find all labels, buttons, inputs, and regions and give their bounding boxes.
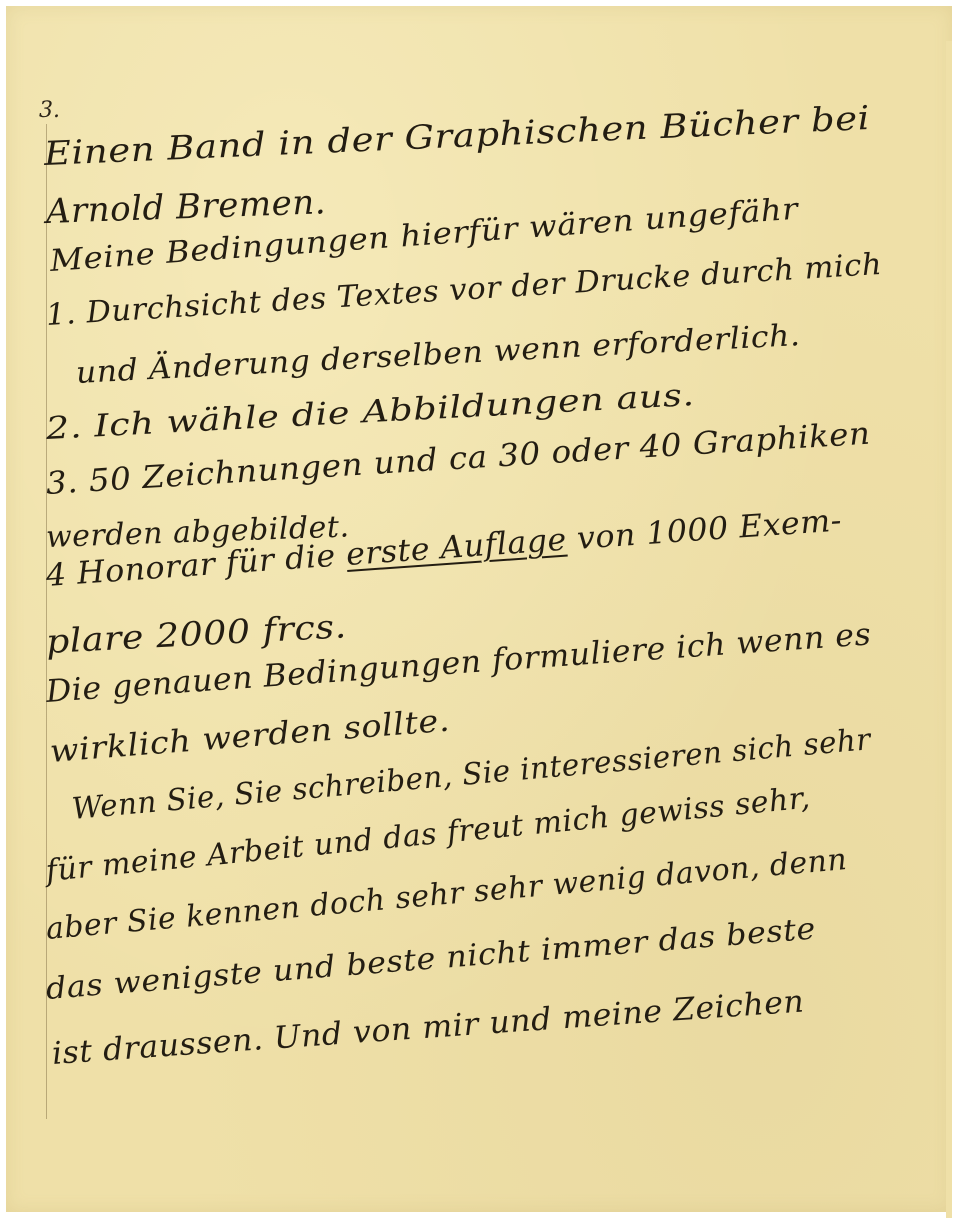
- handwritten-line-1: Einen Band in der Graphischen Bücher bei: [43, 98, 871, 173]
- handwritten-line-2: Arnold Bremen.: [45, 182, 326, 232]
- manuscript-page: 3. Einen Band in der Graphischen Bücher …: [6, 6, 952, 1212]
- page-number: 3.: [39, 98, 60, 123]
- underlined-erste-auflage: erste Auflage: [345, 522, 568, 573]
- paper-edge: [946, 41, 952, 1218]
- honorar-suffix: von 1000 Exem-: [565, 502, 843, 557]
- handwritten-line-12: wirklich werden sollte.: [49, 703, 452, 770]
- handwritten-line-10: plare 2000 frcs.: [45, 606, 347, 661]
